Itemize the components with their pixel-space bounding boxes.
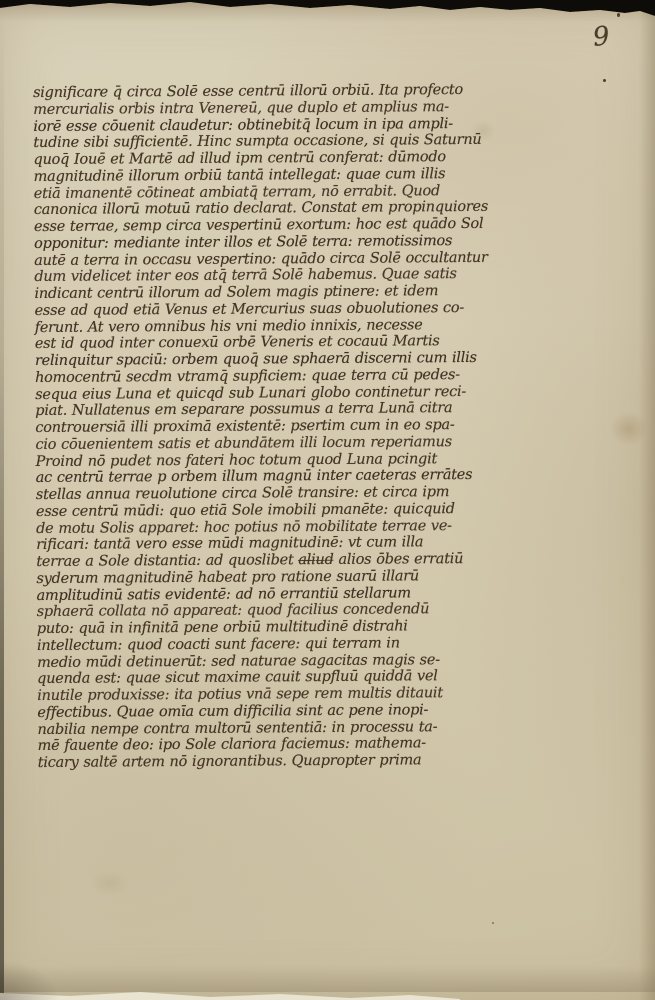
manuscript-line: significare q̄ circa Solē esse centrū il… <box>33 82 533 102</box>
page-bottom-edge-shade <box>0 966 655 992</box>
parchment-stain <box>610 412 648 446</box>
bottom-left-corner-shadow <box>0 960 60 1000</box>
ink-speck <box>492 922 494 924</box>
manuscript-line: ac centrū terrae p orbem illum magnū int… <box>36 467 536 487</box>
ink-speck <box>617 13 620 17</box>
manuscript-text-block: significare q̄ circa Solē esse centrū il… <box>33 82 538 772</box>
manuscript-line: esse terrae, semp circa vespertinū exort… <box>34 216 534 236</box>
manuscript-line: esse ad quod etiā Venus et Mercurius sua… <box>35 299 535 319</box>
manuscript-line: terrae a Sole distantia: ad quoslibet a̶… <box>36 550 536 570</box>
manuscript-scan: 9 significare q̄ circa Solē esse centrū … <box>0 0 655 1000</box>
ink-speck <box>603 79 606 82</box>
parchment-page: 9 significare q̄ circa Solē esse centrū … <box>0 0 655 1000</box>
folio-number: 9 <box>592 23 611 51</box>
page-left-edge-shade <box>0 0 4 1000</box>
page-top-edge-shade <box>0 0 655 22</box>
manuscript-line: ticary saltē artem nō ignorantibus. Quap… <box>38 751 538 771</box>
page-right-edge-shade <box>639 0 655 1000</box>
manuscript-line: tudine sibi sufficientē. Hinc sumpta occ… <box>33 132 533 152</box>
parchment-stain <box>90 870 130 896</box>
